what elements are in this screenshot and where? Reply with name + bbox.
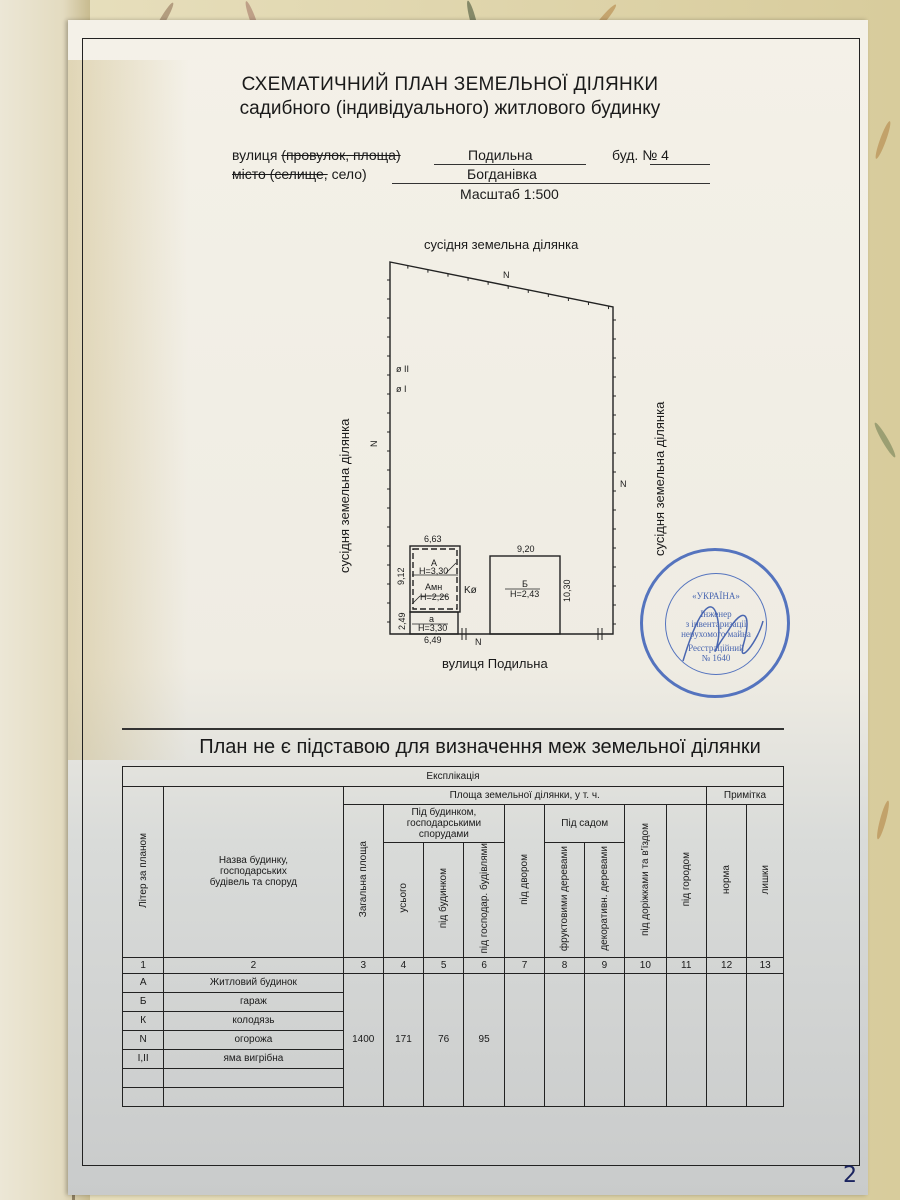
well-marker: Kø [464, 585, 477, 596]
header-under-house: під будинком [423, 843, 463, 958]
disclaimer-top-rule [122, 728, 784, 730]
column-number: 7 [504, 957, 544, 973]
row-name: гараж [164, 992, 343, 1011]
header-name: Назва будинку, господарських будівель та… [164, 787, 343, 958]
column-number: 2 [164, 957, 343, 973]
value-total: 1400 [343, 973, 383, 1106]
header-note-group: Примітка [706, 787, 783, 805]
header-under-buildings: Під будинком, господарськими спорудами [383, 805, 504, 843]
stamp-signature [643, 551, 789, 697]
column-number: 5 [423, 957, 463, 973]
annex-height: H=2,26 [420, 592, 449, 602]
annex-letter: Амн [425, 582, 442, 592]
row-liter: А [123, 973, 164, 992]
row-name: яма вигрібна [164, 1049, 343, 1068]
explication-title: Експлікація [123, 767, 784, 787]
row-liter: І,ІІ [123, 1049, 164, 1068]
garage-depth-dimension: 10,30 [562, 579, 572, 602]
disclaimer-text: План не є підставою для визначення меж з… [0, 736, 900, 759]
column-number: 13 [747, 957, 784, 973]
value-empty [747, 973, 784, 1106]
row-liter: N [123, 1030, 164, 1049]
header-total: Загальна площа [343, 805, 383, 958]
cesspit-2-marker: ø II [396, 364, 409, 374]
column-number: 9 [584, 957, 624, 973]
header-fruit-trees: фруктовими деревами [545, 843, 585, 958]
value-empty [545, 973, 585, 1106]
header-norm: норма [706, 805, 746, 958]
value-total-sub: 171 [383, 973, 423, 1106]
value-empty [666, 973, 706, 1106]
garage-width-dimension: 9,20 [517, 544, 535, 554]
row-liter [123, 1068, 164, 1087]
value-under-outbuildings: 95 [464, 973, 504, 1106]
row-name: колодязь [164, 1011, 343, 1030]
garage-height: H=2,43 [510, 589, 539, 599]
explication-table: Експлікація Літер за планом Назва будинк… [122, 766, 784, 1107]
page-number: 2 [843, 1163, 857, 1188]
house-depth-dimension: 9,12 [396, 567, 406, 585]
header-garden: Під садом [545, 805, 625, 843]
header-decor-trees: декоративн. деревами [584, 843, 624, 958]
header-total-sub: усього [383, 843, 423, 958]
value-empty [504, 973, 544, 1106]
value-empty [584, 973, 624, 1106]
column-number: 10 [625, 957, 666, 973]
fence-marker-bottom: N [475, 637, 482, 647]
header-area-group: Площа земельної ділянки, у т. ч. [343, 787, 706, 805]
house-width-dimension: 6,63 [424, 534, 442, 544]
value-under-house: 76 [423, 973, 463, 1106]
plot-boundary [390, 262, 613, 634]
row-liter [123, 1087, 164, 1106]
column-number: 12 [706, 957, 746, 973]
row-name [164, 1087, 343, 1106]
value-empty [625, 973, 666, 1106]
house-height: H=3,30 [419, 566, 448, 576]
fence-marker-right: N [620, 479, 627, 489]
header-under-yard: під двором [504, 805, 544, 958]
street-bottom-label: вулиця Подильна [442, 656, 548, 671]
column-number: 1 [123, 957, 164, 973]
header-liter: Літер за планом [123, 787, 164, 958]
cesspit-1-marker: ø I [396, 384, 407, 394]
row-name: огорожа [164, 1030, 343, 1049]
right-neighbor-label: сусідня земельна ділянка [652, 402, 667, 556]
fence-marker-top: N [503, 270, 510, 280]
porch-width-dimension: 6,49 [424, 635, 442, 645]
row-name: Житловий будинок [164, 973, 343, 992]
value-empty [706, 973, 746, 1106]
column-number: 6 [464, 957, 504, 973]
column-number: 11 [666, 957, 706, 973]
porch-depth-dimension: 2,49 [397, 612, 407, 630]
column-number: 4 [383, 957, 423, 973]
column-number: 8 [545, 957, 585, 973]
porch-height: H=3,30 [418, 623, 447, 633]
left-neighbor-label: сусідня земельна ділянка [337, 419, 352, 573]
header-excess: лишки [747, 805, 784, 958]
row-liter: К [123, 1011, 164, 1030]
garage-letter: Б [522, 579, 528, 589]
row-name [164, 1068, 343, 1087]
column-number: 3 [343, 957, 383, 973]
header-under-outbuildings: під господар. будівлями [464, 843, 504, 958]
header-vegetable: під городом [666, 805, 706, 958]
fence-marker-left: N [369, 441, 379, 448]
column-number-row: 12345678910111213 [123, 957, 784, 973]
header-paths: під доріжками та в'їздом [625, 805, 666, 958]
official-stamp: «УКРАЇНА» Інженер з інвентаризації нерух… [640, 548, 790, 698]
table-row: АЖитловий будинок14001717695 [123, 973, 784, 992]
row-liter: Б [123, 992, 164, 1011]
top-neighbor-label: сусідня земельна ділянка [424, 237, 578, 252]
